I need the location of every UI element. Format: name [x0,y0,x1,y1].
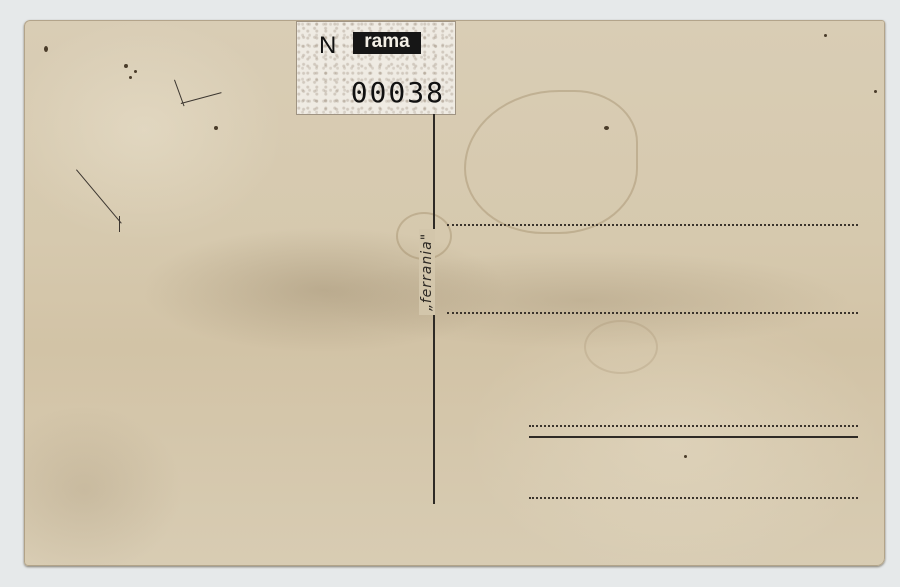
address-line-4 [529,436,858,438]
speck [214,126,218,130]
pen-mark [119,216,120,232]
address-line-5 [529,497,858,499]
address-line-2 [447,312,858,314]
speck [129,76,132,79]
printed-brand: „ferrania" [419,229,435,315]
label-prefix: N [319,32,336,60]
speck [134,70,137,73]
water-stain [464,90,638,234]
inventory-label: N rama 00038 [297,22,455,114]
label-brand: rama [353,32,421,54]
pen-mark [181,92,222,104]
speck [124,64,128,68]
address-line-1 [447,224,858,226]
water-stain [584,320,658,374]
address-line-3 [529,425,858,427]
speck [874,90,877,93]
speck [824,34,827,37]
speck [44,46,48,52]
postcard-back: N rama 00038 „ferrania" [24,20,885,566]
speck [684,455,687,458]
pen-mark [76,169,122,223]
label-number: 00038 [351,76,445,109]
speck [604,126,609,130]
